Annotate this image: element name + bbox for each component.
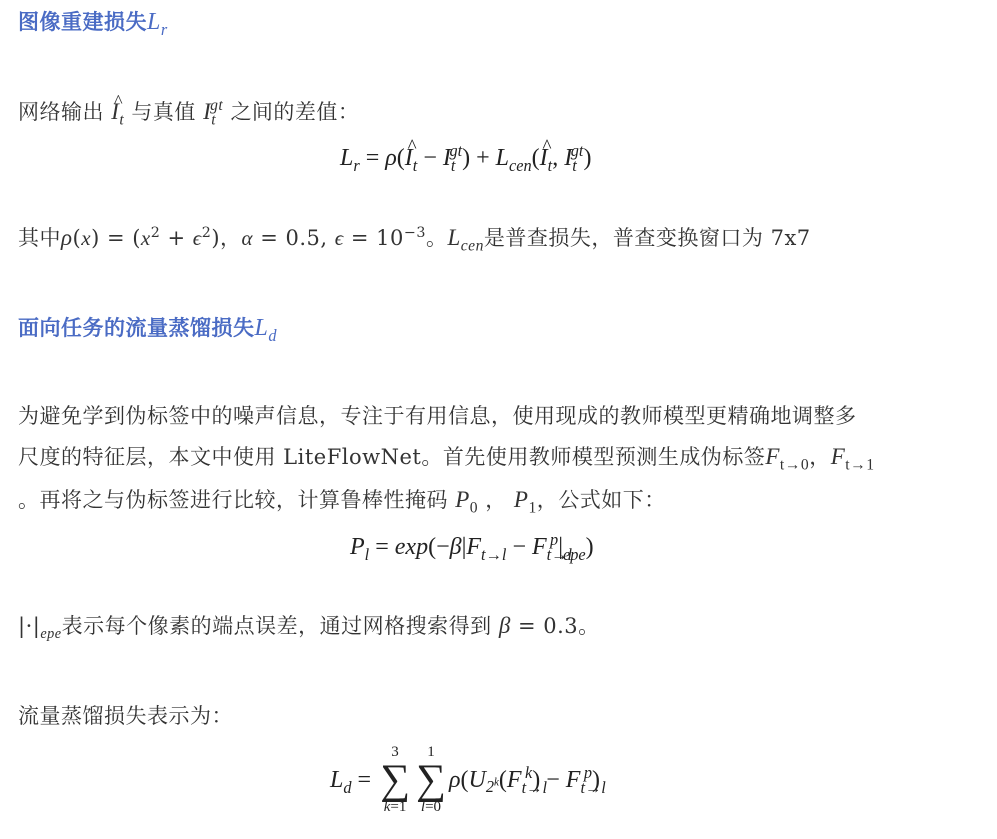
heading-text: 面向任务的流量蒸馏损失 <box>18 315 255 340</box>
heading-math: Ld <box>255 315 278 341</box>
distillation-intro: 流量蒸馏损失表示为： <box>18 700 233 730</box>
distillation-paragraph-line-1: 为避免学到伪标签中的噪声信息，专注于有用信息，使用现成的教师模型更精确地调整多 <box>18 400 857 430</box>
section-heading-distillation-loss: 面向任务的流量蒸馏损失Ld <box>18 312 277 342</box>
epe-note: |·|epe表示每个像素的端点误差，通过网格搜索得到 β = 0.3。 <box>18 610 600 640</box>
reconstruction-note: 其中ρ(x) = (x2 + ϵ2)，α = 0.5, ϵ = 10−3。Lce… <box>18 222 811 252</box>
distillation-paragraph-line-2: 尺度的特征层，本文中使用 LiteFlowNet。首先使用教师模型预测生成伪标签… <box>18 441 875 471</box>
reconstruction-intro: 网络输出 It 与真值 Itgt 之间的差值： <box>18 96 359 126</box>
sum-k: 3 ∑ k=1 <box>380 745 410 815</box>
equation-reconstruction-loss: Lr = ρ(It − Itgt) + Lcen(It, Itgt) <box>340 145 591 172</box>
heading-text: 图像重建损失 <box>18 9 147 34</box>
equation-distillation-loss: Ld = 3 ∑ k=1 1 ∑ l=0 ρ(U2k(Ft→lk) − Ft→l… <box>330 745 600 815</box>
distillation-paragraph-line-3: 。再将之与伪标签进行比较，计算鲁棒性掩码 P0 ， P1，公式如下： <box>18 484 666 514</box>
section-heading-reconstruction-loss: 图像重建损失Lr <box>18 6 168 36</box>
sum-l: 1 ∑ l=0 <box>416 745 446 815</box>
equation-robust-mask: Pl = exp(−β|Ft→l − Ft→lp|epe) <box>350 534 594 561</box>
heading-math: Lr <box>147 9 168 35</box>
